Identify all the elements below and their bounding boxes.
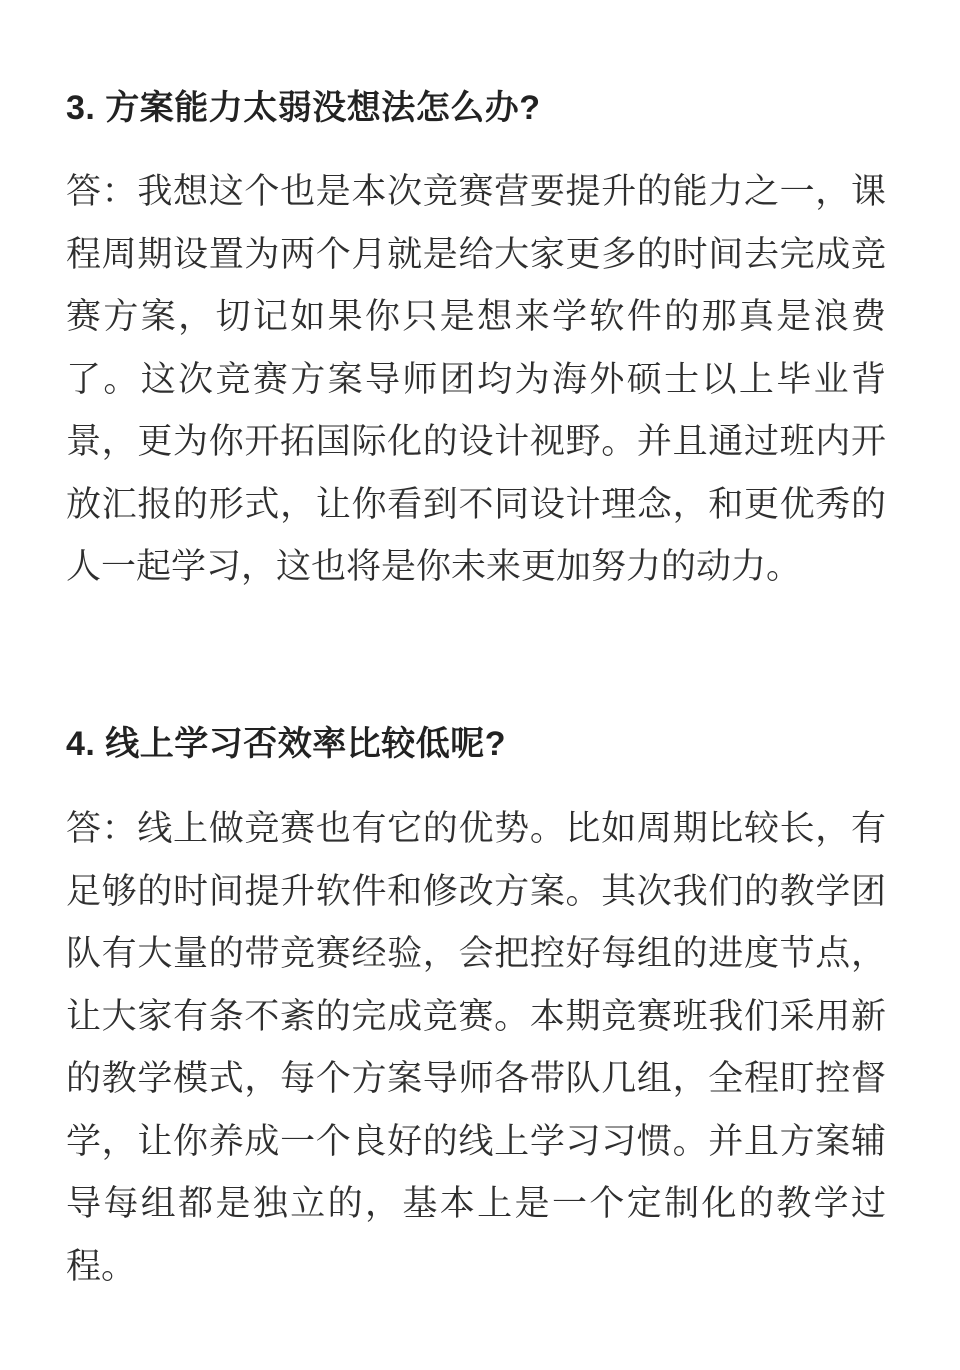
faq-answer-3: 答：我想这个也是本次竞赛营要提升的能力之一，课程周期设置为两个月就是给大家更多的…: [66, 161, 886, 599]
faq-document-page: 3. 方案能力太弱没想法怎么办? 答：我想这个也是本次竞赛营要提升的能力之一，课…: [0, 0, 960, 1370]
faq-question-4: 4. 线上学习否效率比较低呢?: [66, 723, 906, 765]
faq-answer-4: 答：线上做竞赛也有它的优势。比如周期比较长，有足够的时间提升软件和修改方案。其次…: [66, 798, 886, 1298]
faq-question-3: 3. 方案能力太弱没想法怎么办?: [66, 87, 906, 129]
